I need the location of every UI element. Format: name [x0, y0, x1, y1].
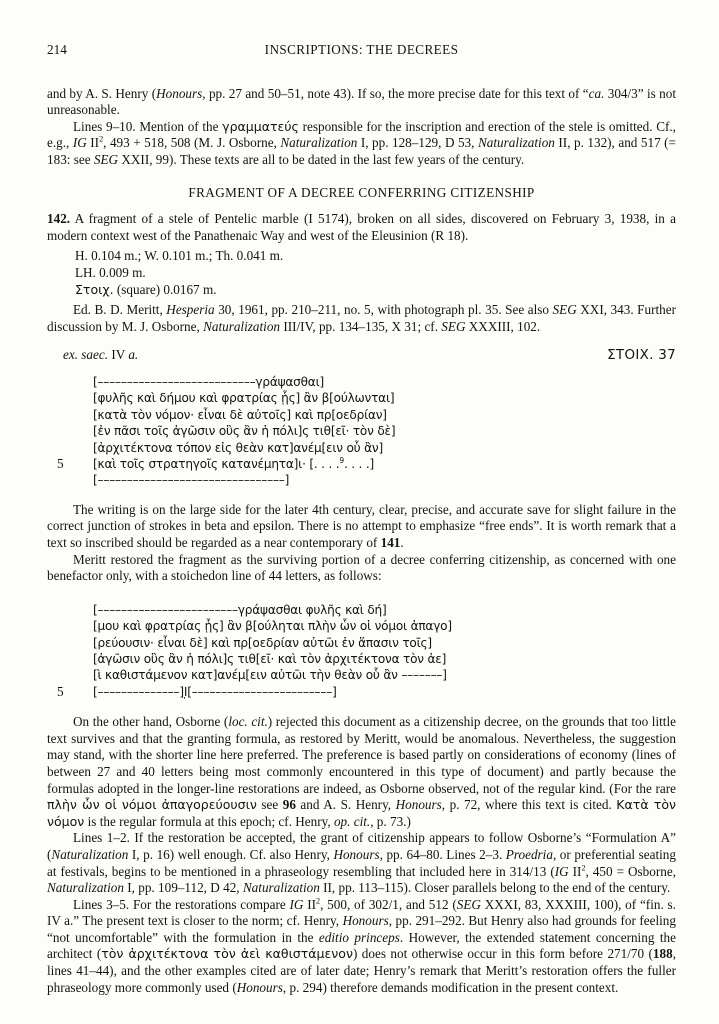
book-page: 214 INSCRIPTIONS: THE DECREES and by A. … [0, 0, 719, 1024]
measurement-stoichedon: Στοιχ. (square) 0.0167 m. [75, 282, 676, 299]
line-number [47, 390, 93, 406]
greek-line: [κατὰ τὸν νόμον· εἶναι δὲ αὐτοῖς] καὶ πρ… [47, 407, 676, 423]
para-osborne-rejection: On the other hand, Osborne (loc. cit.) r… [47, 714, 676, 830]
greek-line: [––––––––––––––––––––––––γράψασθαι φυλῆς… [47, 602, 676, 618]
stoichedon-label: ΣΤΟΙΧ. 37 [607, 348, 676, 365]
measurement-dimensions: H. 0.104 m.; W. 0.101 m.; Th. 0.041 m. [75, 248, 676, 265]
para-writing: The writing is on the large side for the… [47, 502, 676, 552]
greek-line: [ἀρχιτέκτονα τόπον εἰς θεὰν κατ]ανέμ[ειν… [47, 440, 676, 456]
para-edition: Ed. B. D. Meritt, Hesperia 30, 1961, pp.… [47, 302, 676, 335]
greek-line: [φυλῆς καὶ δήμου καὶ φρατρίας ᾗς] ἂν β[ο… [47, 390, 676, 406]
greek-line: 5[καὶ τοῖς στρατηγοῖς κατανέμητα]ι· [. .… [47, 456, 676, 472]
line-number [47, 440, 93, 456]
section-heading: FRAGMENT OF A DECREE CONFERRING CITIZENS… [47, 185, 676, 202]
para-lines-1-2: Lines 1–2. If the restoration be accepte… [47, 830, 676, 896]
line-number [47, 407, 93, 423]
measurements-block: H. 0.104 m.; W. 0.101 m.; Th. 0.041 m. L… [75, 248, 676, 298]
para-entry-142: 142. A fragment of a stele of Pentelic m… [47, 211, 676, 244]
greek-line: [ὶ καθιστάμενον κατ]ανέμ[ειν αὐτῶι τὴν θ… [47, 667, 676, 683]
greek-text-block-1: [–––––––––––––––––––––––––––γράψασθαι] [… [47, 374, 676, 489]
line-number: 5 [47, 684, 93, 700]
page-header: 214 INSCRIPTIONS: THE DECREES [47, 42, 676, 59]
line-number [47, 374, 93, 390]
para-lines-9-10: Lines 9–10. Mention of the γραμματεύς re… [47, 119, 676, 169]
line-number: 5 [47, 456, 93, 472]
greek-text-block-2: [––––––––––––––––––––––––γράψασθαι φυλῆς… [47, 602, 676, 700]
line-number [47, 423, 93, 439]
line-number [47, 618, 93, 634]
line-number [47, 472, 93, 488]
line-number [47, 667, 93, 683]
date-line: ex. saec. IV a. ΣΤΟΙΧ. 37 [47, 347, 676, 365]
para-meritt-restored: Meritt restored the fragment as the surv… [47, 552, 676, 585]
measurement-letter-height: LH. 0.009 m. [75, 265, 676, 282]
line-number [47, 602, 93, 618]
para-lines-3-5: Lines 3–5. For the restorations compare … [47, 897, 676, 997]
greek-line: [μου καὶ φρατρίας ᾗς] ἂν β[ούληται πλὴν … [47, 618, 676, 634]
greek-line: [ρεύουσιν· εἶναι δὲ] καὶ πρ[οεδρίαν αὐτῶ… [47, 635, 676, 651]
greek-line: [––––––––––––––––––––––––––––––––] [47, 472, 676, 488]
greek-line: 5[––––––––––––––]Ι̣[––––––––––––––––––––… [47, 684, 676, 700]
greek-line: [ἐν πᾶσι τοῖς ἀγῶσιν οὓς ἂν ἡ πόλι]ς τιθ… [47, 423, 676, 439]
page-number: 214 [47, 42, 67, 59]
greek-line: [–––––––––––––––––––––––––––γράψασθαι] [47, 374, 676, 390]
date-label: ex. saec. IV a. [63, 347, 138, 364]
greek-line: [ἀγῶσιν οὓς ἂν ἡ πόλι]ς τιθ[εῖ· καὶ τὸν … [47, 651, 676, 667]
running-head: INSCRIPTIONS: THE DECREES [47, 42, 676, 59]
para-henry-continuation: and by A. S. Henry (Honours, pp. 27 and … [47, 86, 676, 119]
line-number [47, 651, 93, 667]
line-number [47, 635, 93, 651]
